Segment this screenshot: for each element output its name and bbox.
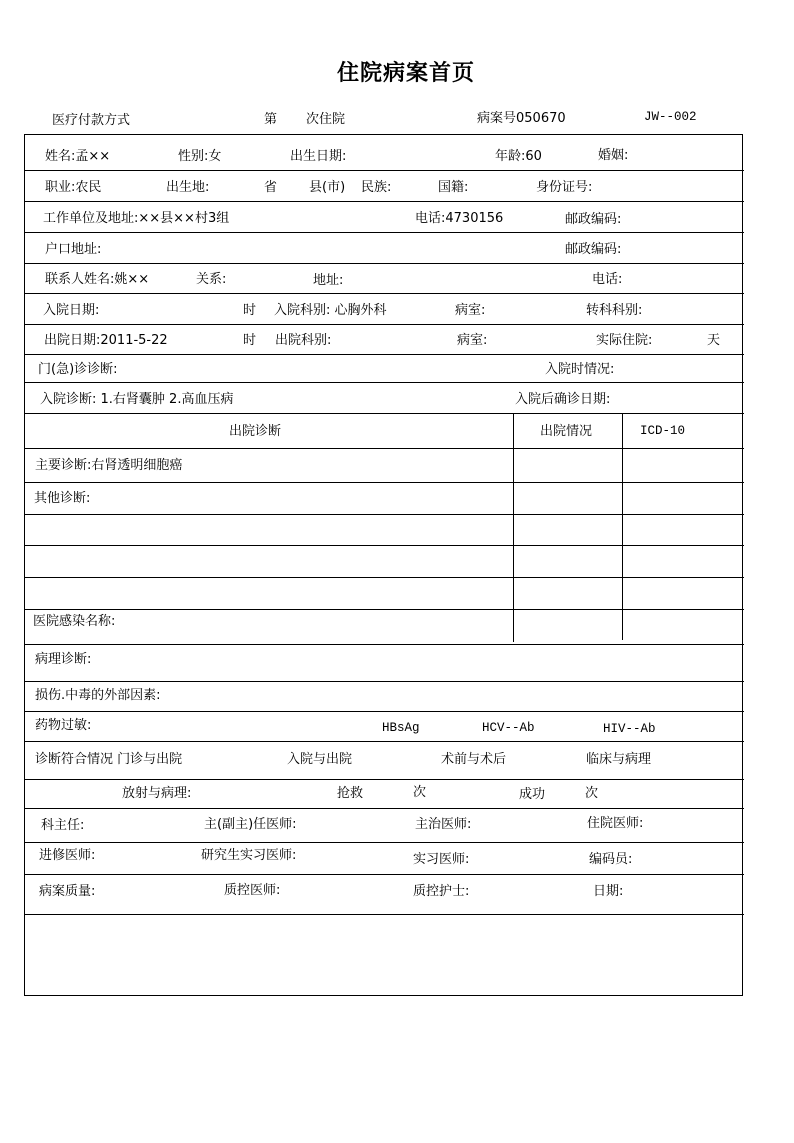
- row-divider: [24, 741, 744, 742]
- actual-stay-label: 实际住院:: [596, 334, 652, 347]
- row-divider: [24, 711, 744, 712]
- patient-name: 姓名:孟××: [45, 150, 110, 163]
- admit-date-label: 入院日期:: [43, 304, 99, 317]
- admit-hour-label: 时: [243, 304, 256, 317]
- column-divider: [513, 413, 514, 642]
- admit-condition-label: 入院时情况:: [545, 363, 614, 376]
- record-number: 病案号050670: [477, 112, 566, 125]
- diagnosis-match-label: 诊断符合情况 门诊与出院: [35, 753, 182, 766]
- row-divider: [24, 482, 744, 483]
- discharge-date: 出院日期:2011-5-22: [44, 334, 168, 347]
- pathology-diagnosis-label: 病理诊断:: [35, 653, 91, 666]
- grad-intern-label: 研究生实习医师:: [201, 849, 296, 862]
- row-divider: [24, 681, 744, 682]
- row-divider: [24, 545, 744, 546]
- hiv-label: HIV--Ab: [603, 723, 656, 736]
- row-divider: [24, 354, 744, 355]
- discharge-diagnosis-header: 出院诊断: [229, 425, 281, 438]
- row-divider: [24, 324, 744, 325]
- row-divider: [24, 842, 744, 843]
- household-address-label: 户口地址:: [45, 243, 101, 256]
- row-divider: [24, 874, 744, 875]
- drug-allergy-label: 药物过敏:: [35, 719, 91, 732]
- row-divider: [24, 644, 744, 645]
- row-divider: [24, 382, 744, 383]
- admit-discharge-label: 入院与出院: [287, 753, 352, 766]
- hcv-label: HCV--Ab: [482, 722, 535, 735]
- rescue-label: 抢救: [337, 787, 363, 800]
- clinical-pathology-label: 临床与病理: [586, 753, 651, 766]
- discharge-hour-label: 时: [243, 334, 256, 347]
- attending-physician-label: 主治医师:: [415, 818, 471, 831]
- page-title: 住院病案首页: [337, 62, 475, 84]
- admit-dept: 入院科别: 心胸外科: [274, 304, 387, 317]
- county-label: 县(市): [309, 181, 345, 194]
- birthplace-label: 出生地:: [166, 181, 209, 194]
- pre-post-op-label: 术前与术后: [441, 753, 506, 766]
- id-number-label: 身份证号:: [536, 181, 592, 194]
- row-divider: [24, 170, 744, 171]
- row-divider: [24, 914, 744, 915]
- phone: 电话:4730156: [415, 212, 503, 225]
- discharge-ward-label: 病室:: [457, 334, 487, 347]
- form-code: JW--002: [644, 111, 697, 124]
- occupation: 职业:农民: [45, 181, 101, 194]
- contact-name: 联系人姓名:姚××: [45, 273, 149, 286]
- row-divider: [24, 413, 744, 414]
- row-divider: [24, 201, 744, 202]
- postcode-label-2: 邮政编码:: [565, 243, 621, 256]
- injury-factor-label: 损伤.中毒的外部因素:: [35, 689, 161, 702]
- days-unit: 天: [707, 334, 720, 347]
- province-label: 省: [264, 181, 277, 194]
- row-divider: [24, 232, 744, 233]
- relation-label: 关系:: [196, 273, 226, 286]
- ethnicity-label: 民族:: [361, 181, 391, 194]
- hbsag-label: HBsAg: [382, 722, 420, 735]
- outpatient-diagnosis-label: 门(急)诊诊断:: [38, 363, 118, 376]
- hospital-infection-label: 医院感染名称:: [33, 615, 115, 628]
- marriage-label: 婚姻:: [598, 149, 628, 162]
- payment-method-label: 医疗付款方式: [52, 114, 130, 127]
- contact-phone-label: 电话:: [592, 273, 622, 286]
- qc-physician-label: 质控医师:: [224, 884, 280, 897]
- contact-address-label: 地址:: [313, 274, 343, 287]
- admit-diagnosis: 入院诊断: 1.右肾囊肿 2.高血压病: [40, 393, 233, 406]
- icd10-header: ICD-10: [640, 425, 685, 438]
- work-unit: 工作单位及地址:××县××村3组: [43, 212, 229, 225]
- record-quality-label: 病案质量:: [39, 885, 95, 898]
- row-divider: [24, 514, 744, 515]
- row-divider: [24, 263, 744, 264]
- chief-physician-label: 主(副主)任医师:: [204, 818, 297, 831]
- success-label: 成功: [519, 788, 545, 801]
- admission-count-prefix: 第: [264, 113, 277, 126]
- coder-label: 编码员:: [589, 853, 632, 866]
- success-times-label: 次: [585, 787, 598, 800]
- radiology-pathology-label: 放射与病理:: [122, 787, 191, 800]
- resident-physician-label: 住院医师:: [587, 817, 643, 830]
- admit-ward-label: 病室:: [455, 304, 485, 317]
- confirm-date-label: 入院后确诊日期:: [515, 393, 610, 406]
- patient-gender: 性别:女: [178, 150, 221, 163]
- rescue-times-label: 次: [413, 786, 426, 799]
- dept-head-label: 科主任:: [41, 819, 84, 832]
- row-divider: [24, 808, 744, 809]
- row-divider: [24, 609, 744, 610]
- row-divider: [24, 293, 744, 294]
- patient-age: 年龄:60: [495, 150, 542, 163]
- postcode-label-1: 邮政编码:: [565, 213, 621, 226]
- date-label: 日期:: [593, 885, 623, 898]
- transfer-dept-label: 转科科别:: [586, 304, 642, 317]
- column-divider: [622, 413, 623, 640]
- nationality-label: 国籍:: [438, 181, 468, 194]
- other-diagnosis-label: 其他诊断:: [34, 492, 90, 505]
- row-divider: [24, 577, 744, 578]
- row-divider: [24, 448, 744, 449]
- intern-physician-label: 实习医师:: [413, 853, 469, 866]
- visiting-physician-label: 进修医师:: [39, 849, 95, 862]
- discharge-dept-label: 出院科别:: [275, 334, 331, 347]
- row-divider: [24, 779, 744, 780]
- discharge-status-header: 出院情况: [540, 425, 592, 438]
- birth-date-label: 出生日期:: [290, 150, 346, 163]
- qc-nurse-label: 质控护士:: [413, 885, 469, 898]
- admission-count-suffix: 次住院: [306, 113, 345, 126]
- main-diagnosis: 主要诊断:右肾透明细胞癌: [35, 459, 182, 472]
